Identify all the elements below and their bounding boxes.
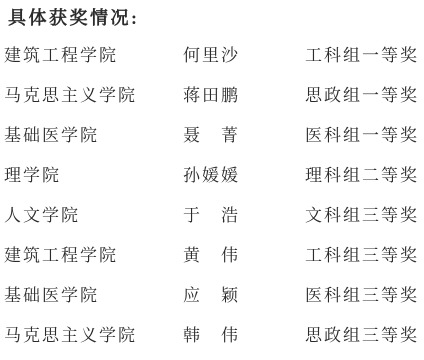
table-row: 建筑工程学院何里沙工科组一等奖 [4, 36, 422, 76]
college-cell: 马克思主义学院 [4, 76, 183, 116]
table-row: 马克思主义学院韩 伟思政组三等奖 [4, 316, 422, 356]
name-cell: 蒋田鹏 [183, 76, 305, 116]
table-row: 建筑工程学院黄 伟工科组三等奖 [4, 236, 422, 276]
award-cell: 理科组二等奖 [305, 156, 422, 196]
name-cell: 于 浩 [183, 196, 305, 236]
name-cell: 聂 菁 [183, 116, 305, 156]
college-cell: 建筑工程学院 [4, 36, 183, 76]
college-cell: 基础医学院 [4, 116, 183, 156]
award-cell: 工科组一等奖 [305, 36, 422, 76]
award-cell: 工科组三等奖 [305, 236, 422, 276]
name-cell: 黄 伟 [183, 236, 305, 276]
table-row: 基础医学院应 颖医科组三等奖 [4, 276, 422, 316]
award-cell: 思政组一等奖 [305, 76, 422, 116]
award-cell: 医科组三等奖 [305, 276, 422, 316]
name-cell: 何里沙 [183, 36, 305, 76]
page-title: 具体获奖情况: [8, 7, 140, 29]
award-cell: 思政组三等奖 [305, 316, 422, 356]
name-cell: 孙媛媛 [183, 156, 305, 196]
awards-table: 建筑工程学院何里沙工科组一等奖马克思主义学院蒋田鹏思政组一等奖基础医学院聂 菁医… [4, 36, 422, 356]
table-row: 人文学院于 浩文科组三等奖 [4, 196, 422, 236]
award-cell: 文科组三等奖 [305, 196, 422, 236]
college-cell: 建筑工程学院 [4, 236, 183, 276]
college-cell: 理学院 [4, 156, 183, 196]
college-cell: 人文学院 [4, 196, 183, 236]
award-cell: 医科组一等奖 [305, 116, 422, 156]
table-row: 基础医学院聂 菁医科组一等奖 [4, 116, 422, 156]
name-cell: 韩 伟 [183, 316, 305, 356]
college-cell: 马克思主义学院 [4, 316, 183, 356]
table-row: 马克思主义学院蒋田鹏思政组一等奖 [4, 76, 422, 116]
name-cell: 应 颖 [183, 276, 305, 316]
table-row: 理学院孙媛媛理科组二等奖 [4, 156, 422, 196]
college-cell: 基础医学院 [4, 276, 183, 316]
